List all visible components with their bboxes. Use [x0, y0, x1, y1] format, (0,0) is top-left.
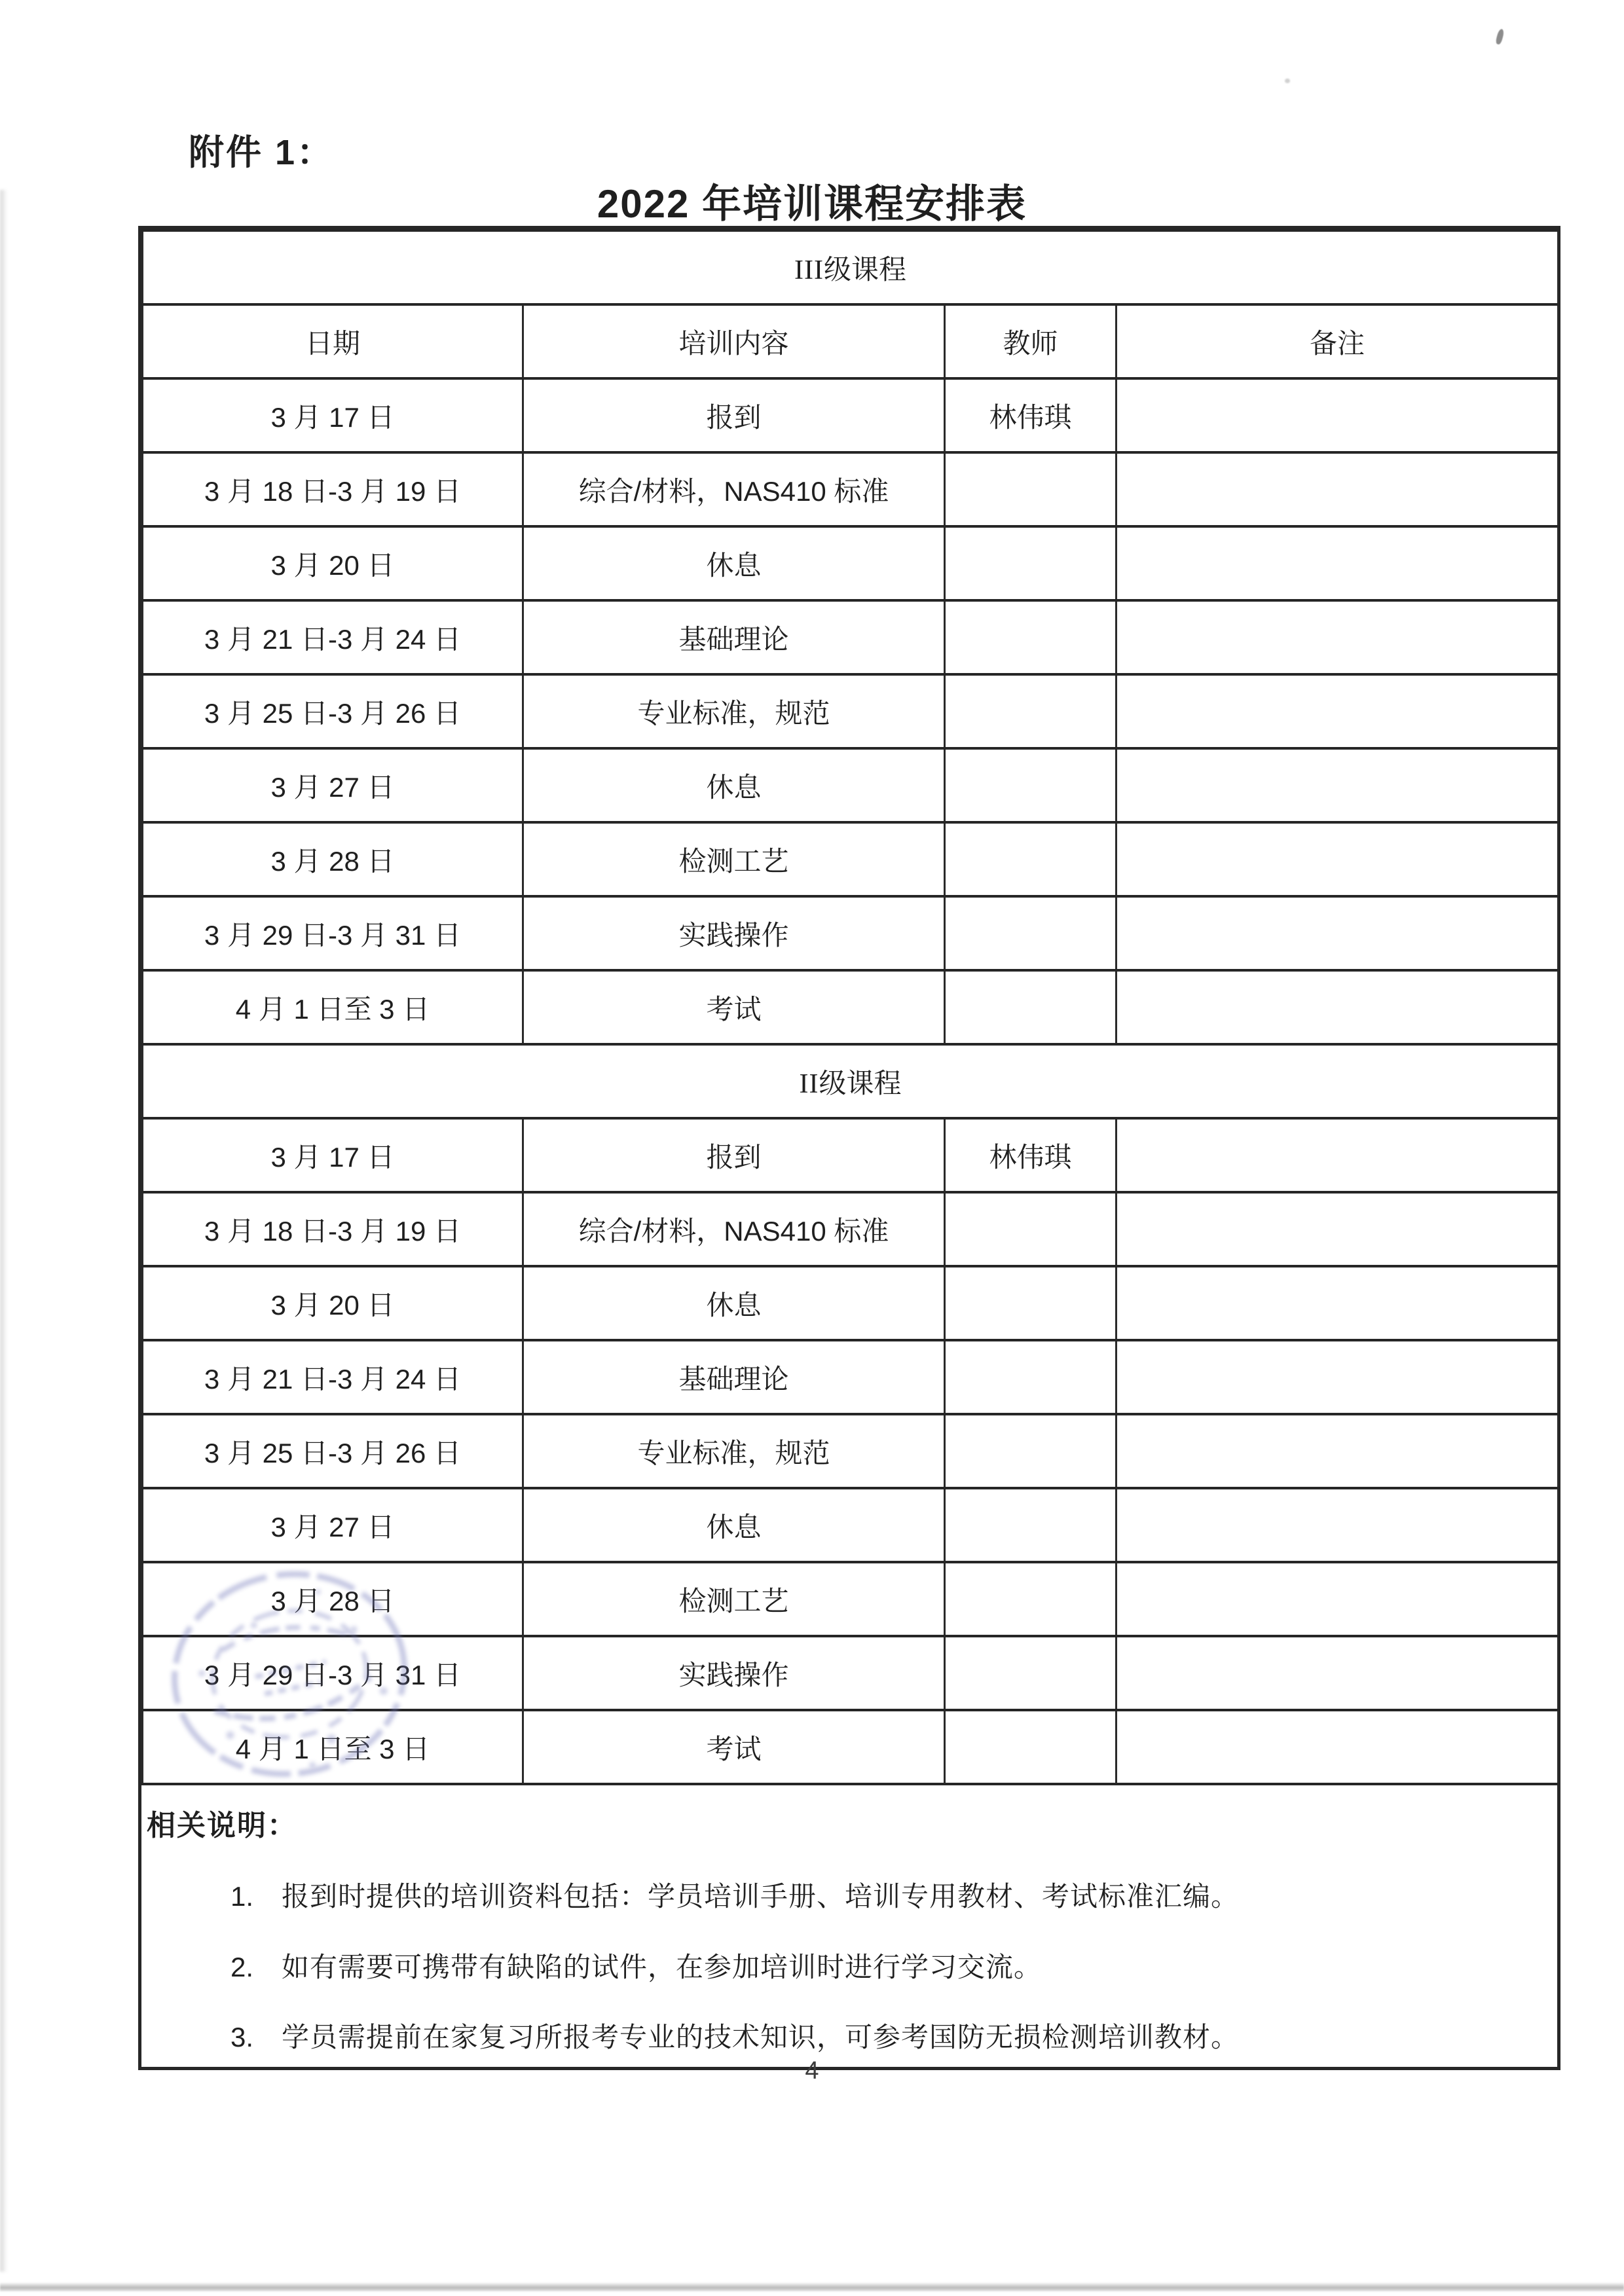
cell-content: 专业标准，规范 — [523, 1414, 945, 1488]
table-row: 3 月 20 日休息 — [143, 526, 1559, 600]
column-header-1: 培训内容 — [523, 304, 945, 378]
cell-date: 3 月 27 日 — [143, 1488, 523, 1562]
notes-label: 相关说明： — [147, 1810, 1531, 1842]
scan-edge-artifact — [0, 190, 7, 2272]
cell-content: 考试 — [523, 970, 945, 1044]
cell-date: 3 月 29 日-3 月 31 日 — [143, 896, 523, 970]
table-row: 4 月 1 日至 3 日考试 — [143, 1710, 1559, 1784]
section-header-label: 级课程 — [819, 1068, 902, 1099]
schedule-table: III级课程日期培训内容教师备注3 月 17 日报到林伟琪3 月 18 日-3 … — [138, 226, 1560, 2070]
cell-remark — [1116, 1636, 1559, 1710]
table-row: 3 月 20 日休息 — [143, 1266, 1559, 1340]
column-header-row: 日期培训内容教师备注 — [143, 304, 1559, 378]
note-number: 2. — [231, 1952, 282, 1982]
note-text: 报到时提供的培训资料包括：学员培训手册、培训专用教材、考试标准汇编。 — [282, 1882, 1531, 1912]
scan-speck — [1495, 28, 1505, 45]
scanned-document-page: 附件 1： 2022 年培训课程安排表 III级课程日期培训内容教师备注3 月 … — [0, 0, 1624, 2296]
cell-remark — [1116, 1192, 1559, 1266]
cell-date: 3 月 18 日-3 月 19 日 — [143, 1192, 523, 1266]
cell-content: 基础理论 — [523, 1340, 945, 1414]
cell-teacher — [945, 748, 1116, 822]
cell-remark — [1116, 1414, 1559, 1488]
cell-date: 3 月 28 日 — [143, 1562, 523, 1636]
table-row: 3 月 29 日-3 月 31 日实践操作 — [143, 1636, 1559, 1710]
cell-content: 报到 — [523, 378, 945, 452]
cell-teacher — [945, 1562, 1116, 1636]
cell-remark — [1116, 452, 1559, 526]
cell-remark — [1116, 1710, 1559, 1784]
cell-date: 3 月 29 日-3 月 31 日 — [143, 1636, 523, 1710]
cell-remark — [1116, 1266, 1559, 1340]
cell-remark — [1116, 1118, 1559, 1192]
table-row: 3 月 21 日-3 月 24 日基础理论 — [143, 600, 1559, 674]
table-row: 3 月 25 日-3 月 26 日专业标准，规范 — [143, 674, 1559, 748]
cell-content: 实践操作 — [523, 896, 945, 970]
cell-date: 3 月 25 日-3 月 26 日 — [143, 1414, 523, 1488]
cell-content: 检测工艺 — [523, 822, 945, 896]
schedule-table-body: III级课程日期培训内容教师备注3 月 17 日报到林伟琪3 月 18 日-3 … — [143, 230, 1559, 1784]
cell-content: 报到 — [523, 1118, 945, 1192]
note-text: 如有需要可携带有缺陷的试件，在参加培训时进行学习交流。 — [282, 1952, 1531, 1982]
cell-date: 3 月 21 日-3 月 24 日 — [143, 600, 523, 674]
cell-content: 综合/材料，NAS410 标准 — [523, 1192, 945, 1266]
cell-remark — [1116, 970, 1559, 1044]
cell-teacher — [945, 1710, 1116, 1784]
cell-date: 3 月 27 日 — [143, 748, 523, 822]
section-header: II级课程 — [143, 1044, 1559, 1118]
cell-teacher — [945, 1636, 1116, 1710]
cell-content: 专业标准，规范 — [523, 674, 945, 748]
cell-teacher — [945, 526, 1116, 600]
cell-date: 4 月 1 日至 3 日 — [143, 1710, 523, 1784]
note-text: 学员需提前在家复习所报考专业的技术知识，可参考国防无损检测培训教材。 — [282, 2022, 1531, 2052]
note-item: 2. 如有需要可携带有缺陷的试件，在参加培训时进行学习交流。 — [231, 1952, 1531, 1982]
cell-remark — [1116, 1488, 1559, 1562]
note-number: 3. — [231, 2022, 282, 2052]
cell-remark — [1116, 674, 1559, 748]
cell-content: 休息 — [523, 1266, 945, 1340]
cell-remark — [1116, 600, 1559, 674]
section-level-numeral: III — [794, 255, 824, 285]
cell-teacher: 林伟琪 — [945, 1118, 1116, 1192]
attachment-label: 附件 1： — [189, 124, 334, 175]
cell-content: 实践操作 — [523, 1636, 945, 1710]
column-header-0: 日期 — [143, 304, 523, 378]
cell-content: 检测工艺 — [523, 1562, 945, 1636]
cell-content: 休息 — [523, 748, 945, 822]
cell-date: 3 月 20 日 — [143, 1266, 523, 1340]
cell-remark — [1116, 526, 1559, 600]
cell-teacher — [945, 1340, 1116, 1414]
cell-teacher — [945, 970, 1116, 1044]
table-row: 3 月 21 日-3 月 24 日基础理论 — [143, 1340, 1559, 1414]
cell-content: 休息 — [523, 526, 945, 600]
cell-remark — [1116, 1340, 1559, 1414]
cell-content: 基础理论 — [523, 600, 945, 674]
section-level-numeral: II — [800, 1069, 819, 1099]
scan-speck — [1285, 79, 1290, 83]
table-row: 3 月 27 日休息 — [143, 748, 1559, 822]
table-row: 3 月 29 日-3 月 31 日实践操作 — [143, 896, 1559, 970]
note-item: 1. 报到时提供的培训资料包括：学员培训手册、培训专用教材、考试标准汇编。 — [231, 1882, 1531, 1912]
table-row: 3 月 28 日检测工艺 — [143, 1562, 1559, 1636]
section-header-row: II级课程 — [143, 1044, 1559, 1118]
table-row: 3 月 18 日-3 月 19 日综合/材料，NAS410 标准 — [143, 1192, 1559, 1266]
table-row: 3 月 25 日-3 月 26 日专业标准，规范 — [143, 1414, 1559, 1488]
cell-content: 综合/材料，NAS410 标准 — [523, 452, 945, 526]
page-title: 2022 年培训课程安排表 — [0, 173, 1624, 229]
page-number: 4 — [0, 2057, 1624, 2085]
cell-teacher — [945, 1488, 1116, 1562]
column-header-3: 备注 — [1116, 304, 1559, 378]
cell-date: 3 月 18 日-3 月 19 日 — [143, 452, 523, 526]
cell-teacher — [945, 600, 1116, 674]
cell-remark — [1116, 748, 1559, 822]
column-header-2: 教师 — [945, 304, 1116, 378]
cell-teacher — [945, 452, 1116, 526]
cell-date: 3 月 28 日 — [143, 822, 523, 896]
table-row: 4 月 1 日至 3 日考试 — [143, 970, 1559, 1044]
cell-remark — [1116, 822, 1559, 896]
cell-date: 3 月 17 日 — [143, 378, 523, 452]
cell-date: 3 月 20 日 — [143, 526, 523, 600]
table-row: 3 月 18 日-3 月 19 日综合/材料，NAS410 标准 — [143, 452, 1559, 526]
cell-date: 4 月 1 日至 3 日 — [143, 970, 523, 1044]
cell-date: 3 月 25 日-3 月 26 日 — [143, 674, 523, 748]
cell-remark — [1116, 378, 1559, 452]
section-header-label: 级课程 — [824, 254, 906, 285]
cell-remark — [1116, 1562, 1559, 1636]
scan-edge-artifact — [0, 2282, 1624, 2291]
cell-remark — [1116, 896, 1559, 970]
cell-content: 休息 — [523, 1488, 945, 1562]
section-header: III级课程 — [143, 230, 1559, 304]
cell-date: 3 月 17 日 — [143, 1118, 523, 1192]
cell-date: 3 月 21 日-3 月 24 日 — [143, 1340, 523, 1414]
note-number: 1. — [231, 1882, 282, 1912]
table-row: 3 月 27 日休息 — [143, 1488, 1559, 1562]
cell-teacher — [945, 1266, 1116, 1340]
cell-teacher — [945, 1414, 1116, 1488]
section-header-row: III级课程 — [143, 230, 1559, 304]
note-item: 3. 学员需提前在家复习所报考专业的技术知识，可参考国防无损检测培训教材。 — [231, 2022, 1531, 2052]
table-row: 3 月 17 日报到林伟琪 — [143, 1118, 1559, 1192]
cell-teacher — [945, 1192, 1116, 1266]
cell-content: 考试 — [523, 1710, 945, 1784]
table-row: 3 月 28 日检测工艺 — [143, 822, 1559, 896]
table-row: 3 月 17 日报到林伟琪 — [143, 378, 1559, 452]
cell-teacher — [945, 674, 1116, 748]
notes-section: 相关说明： 1. 报到时提供的培训资料包括：学员培训手册、培训专用教材、考试标准… — [141, 1785, 1557, 2067]
cell-teacher — [945, 822, 1116, 896]
cell-teacher: 林伟琪 — [945, 378, 1116, 452]
cell-teacher — [945, 896, 1116, 970]
